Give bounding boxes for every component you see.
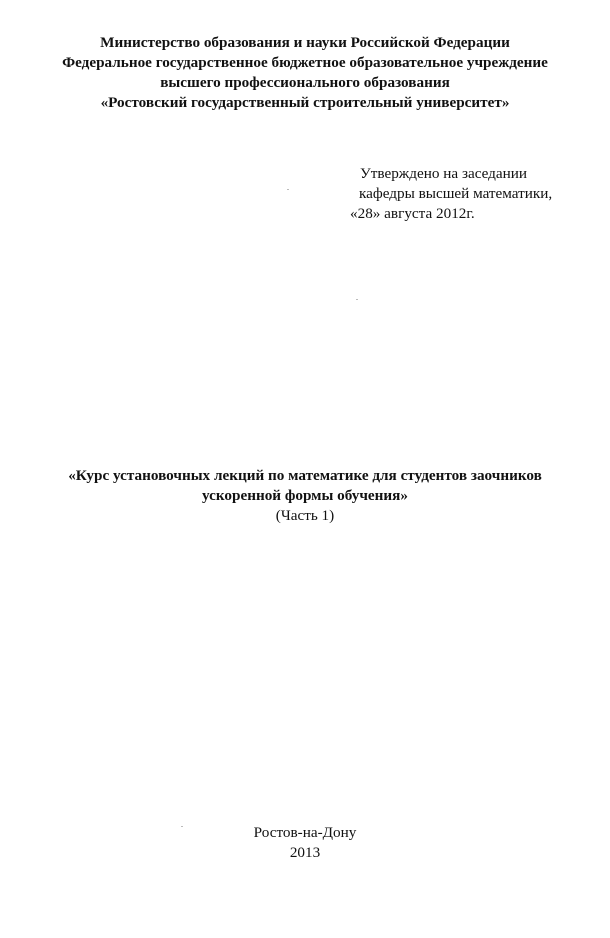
header-line-university-name: «Ростовский государственный строительный… xyxy=(0,93,610,113)
title-line-2: ускоренной формы обучения» xyxy=(0,486,610,506)
footer-year: 2013 xyxy=(0,843,610,863)
document-title: «Курс установочных лекций по математике … xyxy=(0,466,610,526)
scan-speck xyxy=(356,299,358,300)
header-line-education-level: высшего профессионального образования xyxy=(0,73,610,93)
header-line-ministry: Министерство образования и науки Российс… xyxy=(0,33,610,53)
header-line-institution-type: Федеральное государственное бюджетное об… xyxy=(0,53,610,73)
approval-line-date: «28» августа 2012г. xyxy=(350,204,552,224)
approval-line-department: кафедры высшей математики, xyxy=(350,184,552,204)
title-line-1: «Курс установочных лекций по математике … xyxy=(0,466,610,486)
footer-city: Ростов-на-Дону xyxy=(0,823,610,843)
title-part: (Часть 1) xyxy=(0,506,610,526)
institution-header: Министерство образования и науки Российс… xyxy=(0,33,610,113)
approval-note: Утверждено на заседании кафедры высшей м… xyxy=(350,164,552,224)
document-footer: Ростов-на-Дону 2013 xyxy=(0,823,610,863)
approval-line-approved: Утверждено на заседании xyxy=(350,164,552,184)
scan-speck xyxy=(287,189,289,190)
